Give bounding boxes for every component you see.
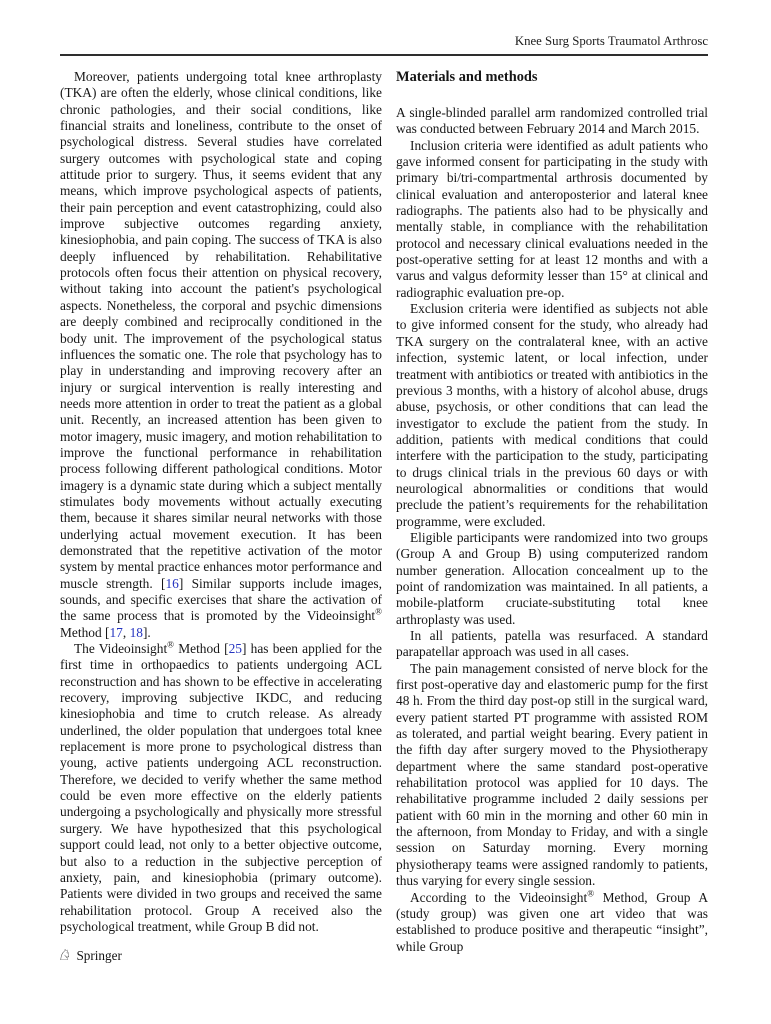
citation-link[interactable]: 17 (109, 625, 122, 640)
paragraph: Eligible participants were randomized in… (396, 530, 708, 628)
paragraph: In all patients, patella was resurfaced.… (396, 628, 708, 661)
publisher-label: Springer (76, 948, 121, 964)
left-column: Moreover, patients undergoing total knee… (60, 69, 382, 955)
citation-link[interactable]: 25 (229, 641, 242, 656)
right-column-paragraphs: A single-blinded parallel arm randomized… (396, 105, 708, 955)
header-divider (60, 54, 708, 56)
springer-knight-icon: ♘ (58, 949, 71, 964)
section-heading-materials-and-methods: Materials and methods (396, 69, 708, 86)
registered-trademark: ® (167, 640, 174, 650)
journal-page: Knee Surg Sports Traumatol Arthrosc More… (0, 0, 771, 1024)
running-head-journal-title: Knee Surg Sports Traumatol Arthrosc (60, 34, 708, 49)
paragraph: Moreover, patients undergoing total knee… (60, 69, 382, 641)
registered-trademark: ® (375, 607, 382, 617)
paragraph: A single-blinded parallel arm randomized… (396, 105, 708, 138)
paragraph: Inclusion criteria were identified as ad… (396, 138, 708, 301)
paragraph: According to the Videoinsight® Method, G… (396, 890, 708, 955)
paragraph: The Videoinsight® Method [25] has been a… (60, 641, 382, 935)
paragraph: The pain management consisted of nerve b… (396, 661, 708, 890)
citation-link[interactable]: 16 (165, 576, 178, 591)
page-content: Knee Surg Sports Traumatol Arthrosc More… (60, 34, 708, 955)
paragraph: Exclusion criteria were identified as su… (396, 301, 708, 530)
publisher-footer: ♘ Springer (58, 948, 122, 964)
two-column-body: Moreover, patients undergoing total knee… (60, 69, 708, 955)
citation-link[interactable]: 18 (130, 625, 143, 640)
right-column: Materials and methods A single-blinded p… (396, 69, 708, 955)
registered-trademark: ® (587, 888, 594, 898)
